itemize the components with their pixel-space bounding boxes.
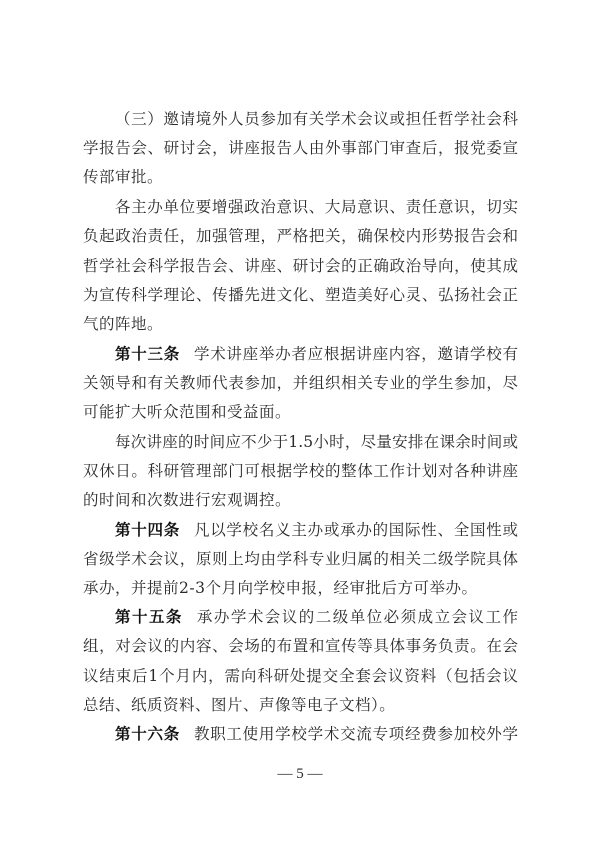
- article-15-line-4: 总结、纸质资料、图片、声像等电子文档）。: [83, 691, 518, 720]
- paragraph-lecture-time-line-1: 每次讲座的时间应不少于1.5小时，尽量安排在课余时间或: [115, 428, 518, 457]
- paragraph-responsibility-line-4: 为宣传科学理论、传播先进文化、塑造美好心灵、弘扬社会正: [83, 281, 518, 310]
- paragraph-responsibility-line-1: 各主办单位要增强政治意识、大局意识、责任意识，切实: [115, 193, 518, 222]
- article-13-line-2: 关领导和有关教师代表参加，并组织相关专业的学生参加，尽: [83, 369, 518, 398]
- paragraph-lecture-time-line-2: 双休日。科研管理部门可根据学校的整体工作计划对各种讲座: [83, 457, 518, 486]
- paragraph-item-3-line-3: 传部审批。: [83, 163, 518, 192]
- article-15-line-3: 议结束后1个月内，需向科研处提交全套会议资料（包括会议: [83, 662, 518, 691]
- article-14-line-3: 承办，并提前2-3个月向学校申报，经审批后方可举办。: [83, 574, 518, 603]
- article-14-text: 凡以学校名义主办或承办的国际性、全国性或: [194, 521, 518, 539]
- article-16-label: 第十六条: [115, 725, 180, 743]
- article-15-line-2: 组，对会议的内容、会场的布置和宣传等具体事务负责。在会: [83, 632, 518, 661]
- page-number: — 5 —: [0, 766, 600, 783]
- paragraph-responsibility-line-5: 气的阵地。: [83, 310, 518, 339]
- article-15-text: 承办学术会议的二级单位必须成立会议工作: [197, 608, 518, 626]
- article-16-line-1: 第十六条教职工使用学校学术交流专项经费参加校外学: [115, 720, 518, 749]
- article-15-line-1: 第十五条承办学术会议的二级单位必须成立会议工作: [115, 603, 518, 632]
- paragraph-responsibility-line-3: 哲学社会科学报告会、讲座、研讨会的正确政治导向，使其成: [83, 252, 518, 281]
- paragraph-responsibility-line-2: 负起政治责任，加强管理，严格把关，确保校内形势报告会和: [83, 222, 518, 251]
- article-13-line-3: 可能扩大听众范围和受益面。: [83, 398, 518, 427]
- article-13-line-1: 第十三条学术讲座举办者应根据讲座内容，邀请学校有: [115, 340, 518, 369]
- document-page: （三）邀请境外人员参加有关学术会议或担任哲学社会科 学报告会、研讨会，讲座报告人…: [0, 0, 600, 848]
- paragraph-item-3-line-2: 学报告会、研讨会，讲座报告人由外事部门审查后，报党委宣: [83, 134, 518, 163]
- paragraph-item-3-line-1: （三）邀请境外人员参加有关学术会议或担任哲学社会科: [115, 105, 518, 134]
- article-14-label: 第十四条: [115, 521, 180, 539]
- article-15-label: 第十五条: [115, 608, 183, 626]
- article-14-line-1: 第十四条凡以学校名义主办或承办的国际性、全国性或: [115, 516, 518, 545]
- article-16-text: 教职工使用学校学术交流专项经费参加校外学: [194, 725, 518, 743]
- paragraph-lecture-time-line-3: 的时间和次数进行宏观调控。: [83, 486, 518, 515]
- article-14-line-2: 省级学术会议，原则上均由学科专业归属的相关二级学院具体: [83, 545, 518, 574]
- article-13-label: 第十三条: [115, 345, 180, 363]
- article-13-text: 学术讲座举办者应根据讲座内容，邀请学校有: [194, 345, 518, 363]
